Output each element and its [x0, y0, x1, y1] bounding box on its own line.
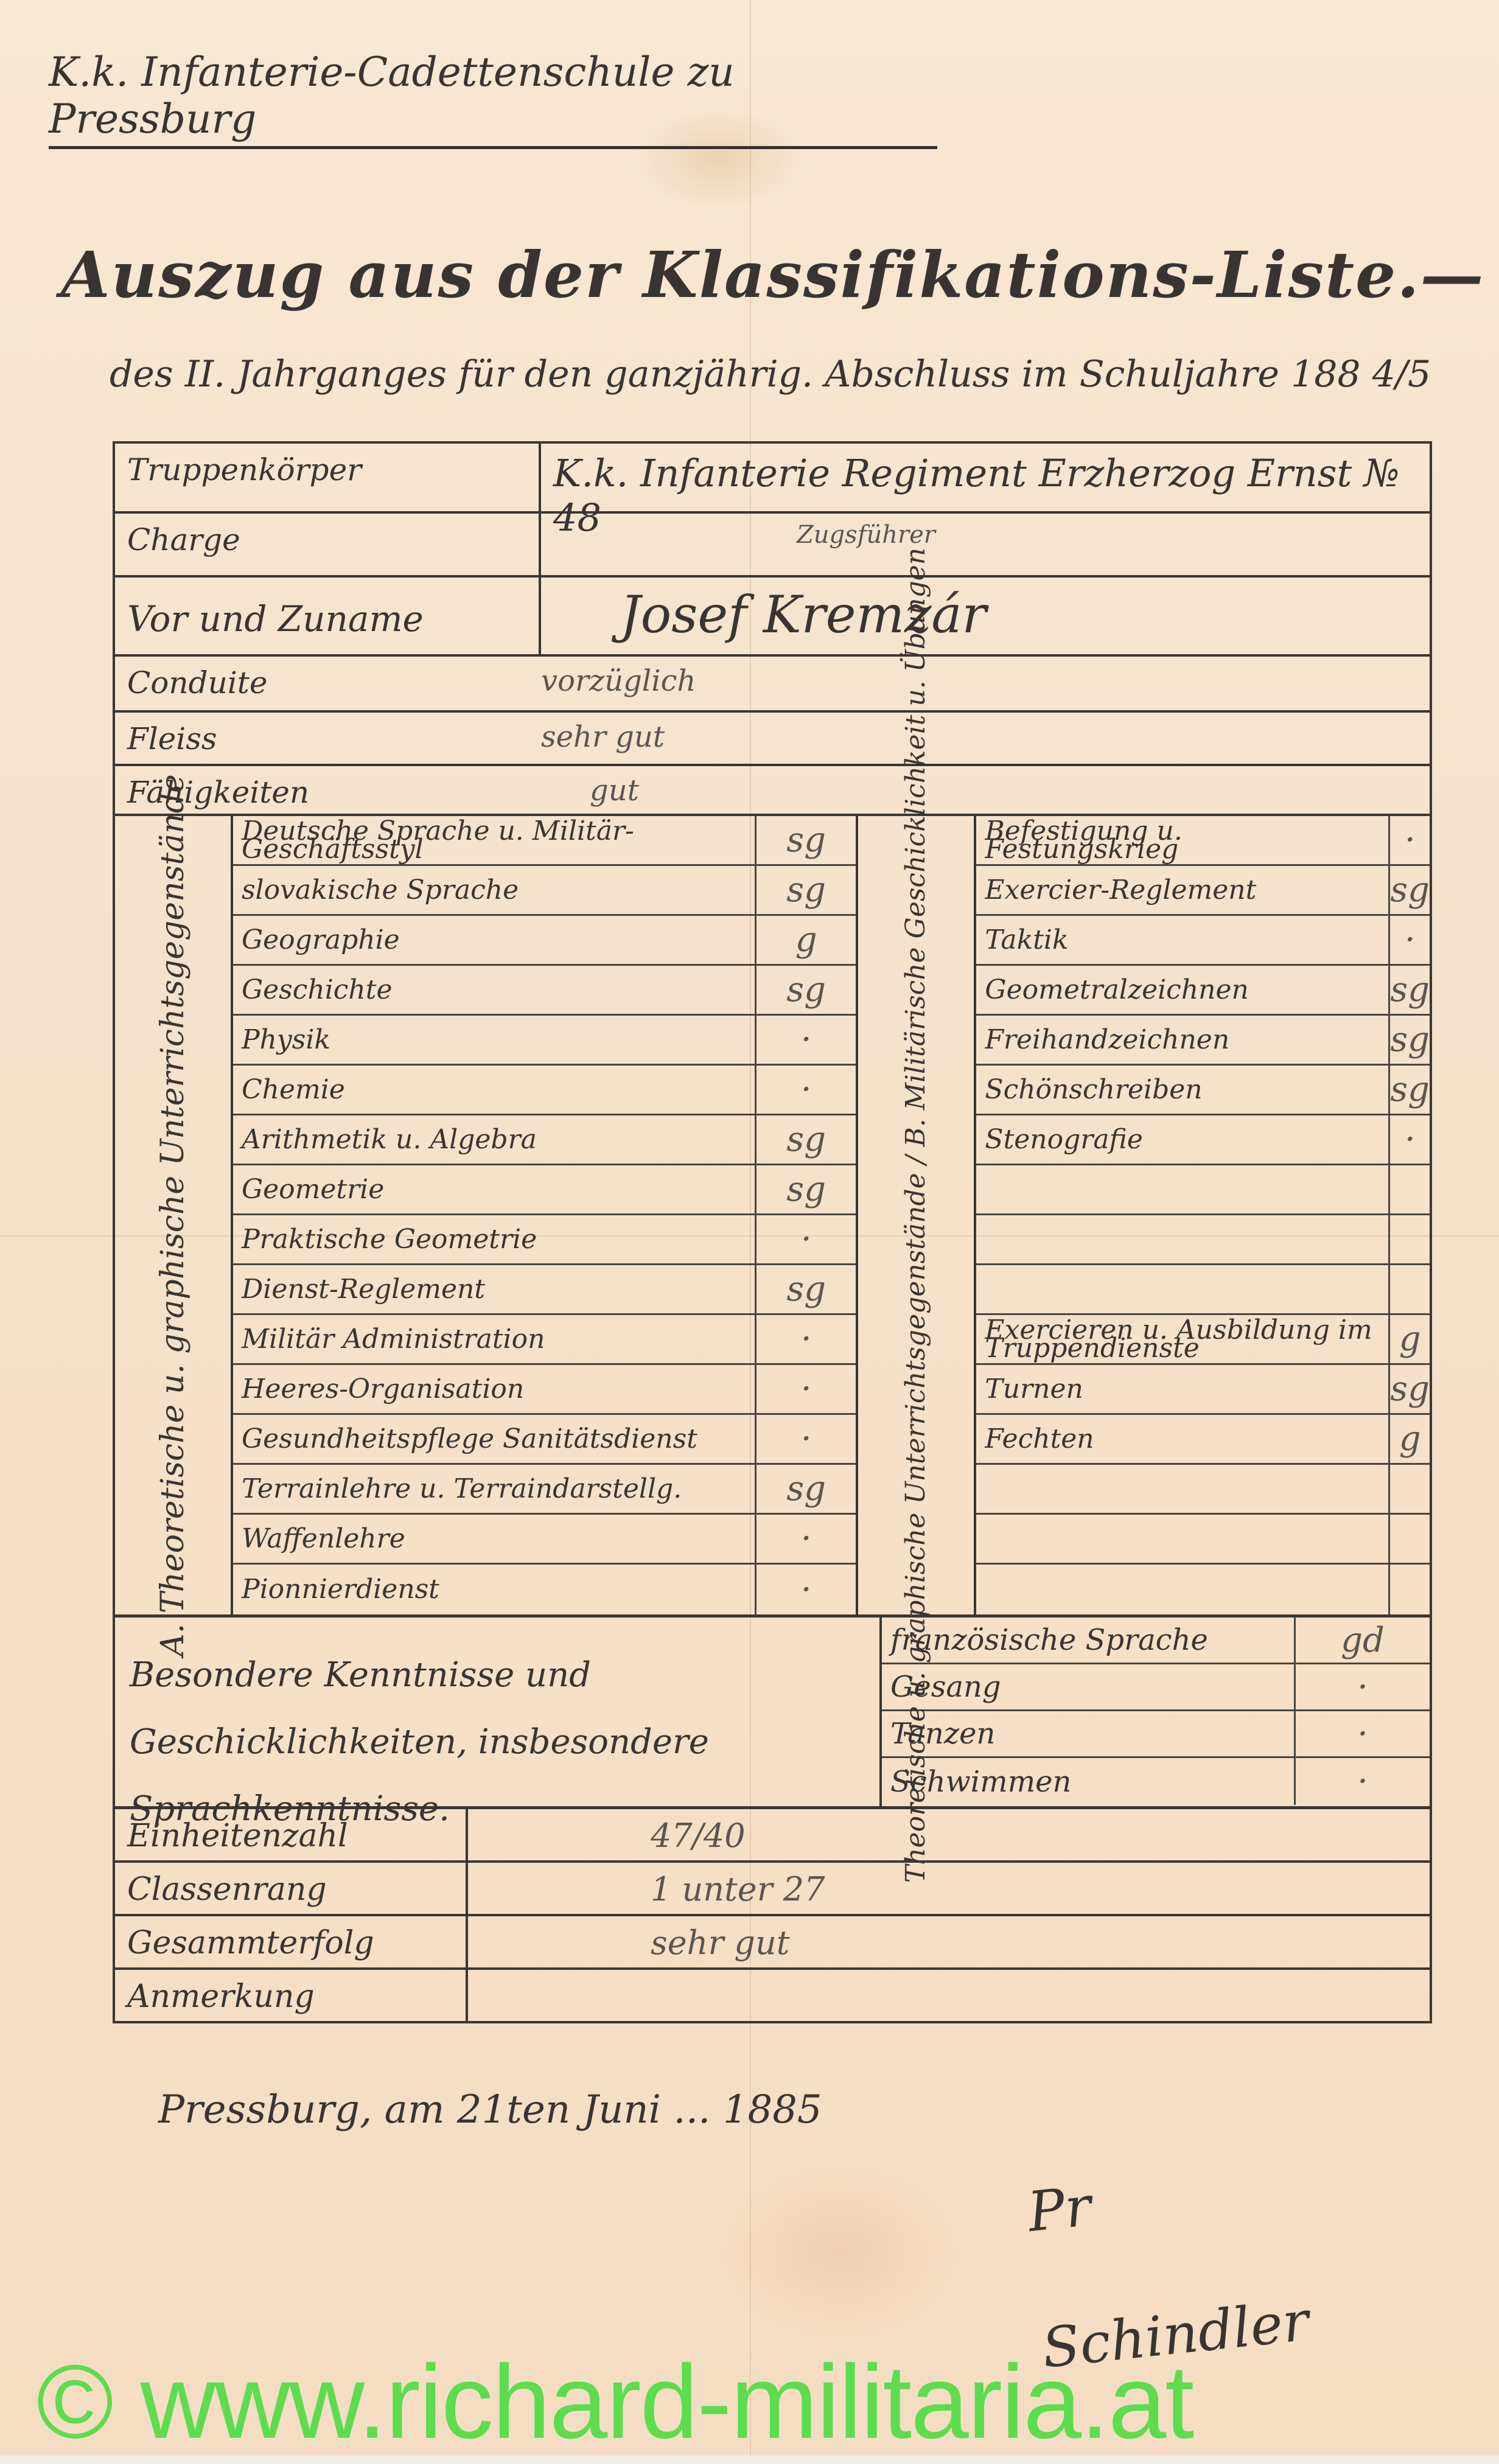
subject-row: Stenografie·: [976, 1115, 1430, 1165]
summary-value: 1 unter 27: [468, 1863, 1430, 1914]
subject-row: slovakische Sprachesg: [233, 866, 856, 916]
subject-row: Chemie·: [233, 1066, 856, 1115]
subject-name: Chemie: [233, 1066, 756, 1114]
subject-name: [976, 1515, 1390, 1563]
subject-row: Freihandzeichnensg: [976, 1016, 1430, 1066]
subject-grade: ·: [756, 1515, 856, 1563]
subject-grade: [1390, 1515, 1430, 1563]
summary-label: Gesammterfolg: [115, 1916, 468, 1967]
row-truppenkoerper: Truppenkörper K.k. Infanterie Regiment E…: [115, 444, 1430, 514]
subject-row: Gesundheitspflege Sanitätsdienst·: [233, 1415, 856, 1465]
subject-grade: ·: [1390, 1115, 1430, 1164]
value-truppenkoerper: K.k. Infanterie Regiment Erzherzog Ernst…: [541, 444, 1430, 511]
subject-name: [976, 1265, 1390, 1313]
subject-name: Pionnierdienst: [233, 1565, 756, 1614]
subject-row: Gesang·: [882, 1664, 1430, 1711]
subject-row: Praktische Geometrie·: [233, 1215, 856, 1265]
document-subtitle: des II. Jahrganges für den ganzjährig. A…: [110, 353, 1431, 396]
subject-name: Tanzen: [882, 1711, 1296, 1756]
subject-name: Geschichte: [233, 966, 756, 1014]
subject-row: Taktik·: [976, 916, 1430, 966]
summary-label: Anmerkung: [115, 1970, 468, 2021]
subject-name: Arithmetik u. Algebra: [233, 1115, 756, 1164]
subject-grade: [1390, 1215, 1430, 1263]
subject-grade: [1390, 1265, 1430, 1313]
subject-row: [976, 1515, 1430, 1565]
subject-name: Militär Administration: [233, 1315, 756, 1363]
subject-row: Physik·: [233, 1016, 856, 1066]
row-charge: Charge Zugsführer: [115, 514, 1430, 578]
subject-name: Geometrie: [233, 1165, 756, 1213]
subject-row: [976, 1465, 1430, 1515]
subject-row: Exercieren u. Ausbildung im Truppendiens…: [976, 1315, 1430, 1365]
label-name: Vor und Zuname: [115, 578, 541, 654]
subject-row: Waffenlehre·: [233, 1515, 856, 1565]
signature-prefix: Pr: [1025, 2174, 1094, 2244]
subject-name: [976, 1215, 1390, 1263]
subject-name: Exercier-Reglement: [976, 866, 1390, 914]
subject-name: slovakische Sprache: [233, 866, 756, 914]
subject-row: [976, 1165, 1430, 1215]
summary-row: Gesammterfolgsehr gut: [115, 1916, 1430, 1970]
subject-grade: ·: [756, 1215, 856, 1263]
school-header: K.k. Infanterie-Cadettenschule zu Pressb…: [49, 49, 937, 149]
subject-grade: ·: [1390, 816, 1430, 864]
subject-name: Exercieren u. Ausbildung im Truppendiens…: [976, 1315, 1390, 1363]
subject-grade: ·: [756, 1565, 856, 1614]
subject-row: Deutsche Sprache u. Militär-Geschäftssty…: [233, 816, 856, 866]
row-name: Vor und Zuname Josef Kremzár: [115, 578, 1430, 657]
subject-row: Geographieg: [233, 916, 856, 966]
subject-grade: sg: [1390, 1016, 1430, 1064]
subject-row: Turnensg: [976, 1365, 1430, 1415]
subject-grade: g: [1390, 1415, 1430, 1463]
value-charge: Zugsführer: [541, 514, 1430, 575]
subject-grade: ·: [1296, 1664, 1430, 1709]
subject-grade: sg: [756, 866, 856, 914]
subject-grade: ·: [1390, 916, 1430, 964]
subject-name: Dienst-Reglement: [233, 1265, 756, 1313]
subject-grade: sg: [1390, 866, 1430, 914]
subject-grade: sg: [756, 1465, 856, 1513]
subject-name: Turnen: [976, 1365, 1390, 1413]
subject-name: Praktische Geometrie: [233, 1215, 756, 1263]
subject-name: [976, 1165, 1390, 1213]
label-charge: Charge: [115, 514, 541, 575]
subjects-block: A. Theoretische u. graphische Unterricht…: [115, 816, 1430, 1618]
section-b-heading: Theoretische u. graphische Unterrichtsge…: [896, 548, 935, 1883]
subject-row: Exercier-Reglementsg: [976, 866, 1430, 916]
special-skills-list: französische SprachegdGesang·Tanzen·Schw…: [882, 1618, 1430, 1806]
summary-value: [468, 1970, 1430, 2021]
section-b-heading-cell: Theoretische u. graphische Unterrichtsge…: [858, 816, 976, 1614]
subject-name: [976, 1565, 1390, 1614]
subject-name: Fechten: [976, 1415, 1390, 1463]
subject-name: Schönschreiben: [976, 1066, 1390, 1114]
subject-grade: g: [1390, 1315, 1430, 1363]
subject-row: Geometriesg: [233, 1165, 856, 1215]
subject-name: Taktik: [976, 916, 1390, 964]
subject-grade: gd: [1296, 1618, 1430, 1663]
subject-name: Gesundheitspflege Sanitätsdienst: [233, 1415, 756, 1463]
value-faehigkeiten: gut: [541, 766, 651, 814]
classification-form: Truppenkörper K.k. Infanterie Regiment E…: [113, 441, 1432, 2023]
subject-grade: [1390, 1165, 1430, 1213]
document-title: Auszug aus der Klassifikations-Liste.—: [61, 237, 1485, 312]
summary-row: Einheitenzahl47/40: [115, 1809, 1430, 1863]
section-a-heading: A. Theoretische u. graphische Unterricht…: [153, 774, 192, 1656]
value-fleiss: sehr gut: [541, 713, 677, 764]
subject-name: Terrainlehre u. Terraindarstellg.: [233, 1465, 756, 1513]
section-a-heading-cell: A. Theoretische u. graphische Unterricht…: [115, 816, 233, 1614]
subject-grade: sg: [756, 1265, 856, 1313]
subject-row: Dienst-Reglementsg: [233, 1265, 856, 1315]
special-skills-block: Besondere Kenntnisse und Geschicklichkei…: [115, 1618, 1430, 1809]
label-conduite: Conduite: [115, 657, 541, 710]
subject-name: Schwimmen: [882, 1758, 1296, 1805]
row-conduite: Conduite vorzüglich: [115, 657, 1430, 713]
subject-name: Waffenlehre: [233, 1515, 756, 1563]
subject-row: Schönschreibensg: [976, 1066, 1430, 1115]
summary-row: Anmerkung: [115, 1970, 1430, 2023]
subject-grade: sg: [756, 816, 856, 864]
subject-name: Geographie: [233, 916, 756, 964]
subject-grade: ·: [1296, 1711, 1430, 1756]
subject-row: [976, 1215, 1430, 1265]
subject-name: Physik: [233, 1016, 756, 1064]
subject-row: französische Sprachegd: [882, 1618, 1430, 1664]
subject-row: Pionnierdienst·: [233, 1565, 856, 1614]
subject-name: Heeres-Organisation: [233, 1365, 756, 1413]
subject-row: [976, 1265, 1430, 1315]
subject-row: Geometralzeichnensg: [976, 966, 1430, 1016]
subject-name: Geometralzeichnen: [976, 966, 1390, 1014]
subject-grade: ·: [756, 1415, 856, 1463]
subject-row: Tanzen·: [882, 1711, 1430, 1758]
subject-grade: [1390, 1465, 1430, 1513]
subject-row: Militär Administration·: [233, 1315, 856, 1365]
place-date: Pressburg, am 21ten Juni ... 1885: [158, 2087, 822, 2132]
label-truppenkoerper: Truppenkörper: [115, 444, 541, 511]
subject-name: [976, 1465, 1390, 1513]
subject-row: [976, 1565, 1430, 1614]
subject-grade: sg: [756, 1115, 856, 1164]
subject-row: Terrainlehre u. Terraindarstellg.sg: [233, 1465, 856, 1515]
subject-grade: ·: [756, 1365, 856, 1413]
subject-grade: g: [756, 916, 856, 964]
subject-grade: sg: [756, 966, 856, 1014]
subject-grade: ·: [756, 1315, 856, 1363]
summary-label: Einheitenzahl: [115, 1809, 468, 1860]
subject-row: Heeres-Organisation·: [233, 1365, 856, 1415]
subject-grade: sg: [1390, 966, 1430, 1014]
watermark: © www.richard-militaria.at: [37, 2342, 1193, 2462]
summary-block: Einheitenzahl47/40Classenrang1 unter 27G…: [115, 1809, 1430, 2023]
subject-grade: ·: [1296, 1758, 1430, 1805]
subject-grade: sg: [1390, 1365, 1430, 1413]
subject-row: Geschichtesg: [233, 966, 856, 1016]
subject-row: Fechteng: [976, 1415, 1430, 1465]
subject-row: Arithmetik u. Algebrasg: [233, 1115, 856, 1165]
subject-grade: ·: [756, 1066, 856, 1114]
value-name: Josef Kremzár: [541, 578, 1430, 654]
row-faehigkeiten: Fähigkeiten gut: [115, 766, 1430, 816]
summary-value: 47/40: [468, 1809, 1430, 1860]
subject-row: Schwimmen·: [882, 1758, 1430, 1805]
section-b-list: Befestigung u. Festungskrieg·Exercier-Re…: [976, 816, 1430, 1614]
section-a-list: Deutsche Sprache u. Militär-Geschäftssty…: [233, 816, 858, 1614]
subject-name: Freihandzeichnen: [976, 1016, 1390, 1064]
subject-grade: ·: [756, 1016, 856, 1064]
value-conduite: vorzüglich: [541, 657, 708, 710]
summary-value: sehr gut: [468, 1916, 1430, 1967]
summary-label: Classenrang: [115, 1863, 468, 1914]
subject-name: Stenografie: [976, 1115, 1390, 1164]
special-skills-label: Besondere Kenntnisse und Geschicklichkei…: [115, 1618, 882, 1806]
subject-grade: [1390, 1565, 1430, 1614]
row-fleiss: Fleiss sehr gut: [115, 713, 1430, 766]
subject-name: Gesang: [882, 1664, 1296, 1709]
label-fleiss: Fleiss: [115, 713, 541, 764]
subject-name: französische Sprache: [882, 1618, 1296, 1663]
subject-grade: sg: [756, 1165, 856, 1213]
subject-name: Deutsche Sprache u. Militär-Geschäftssty…: [233, 816, 756, 864]
summary-row: Classenrang1 unter 27: [115, 1863, 1430, 1916]
subject-row: Befestigung u. Festungskrieg·: [976, 816, 1430, 866]
subject-grade: sg: [1390, 1066, 1430, 1114]
scan-edge: [0, 2455, 1499, 2464]
subject-name: Befestigung u. Festungskrieg: [976, 816, 1390, 864]
